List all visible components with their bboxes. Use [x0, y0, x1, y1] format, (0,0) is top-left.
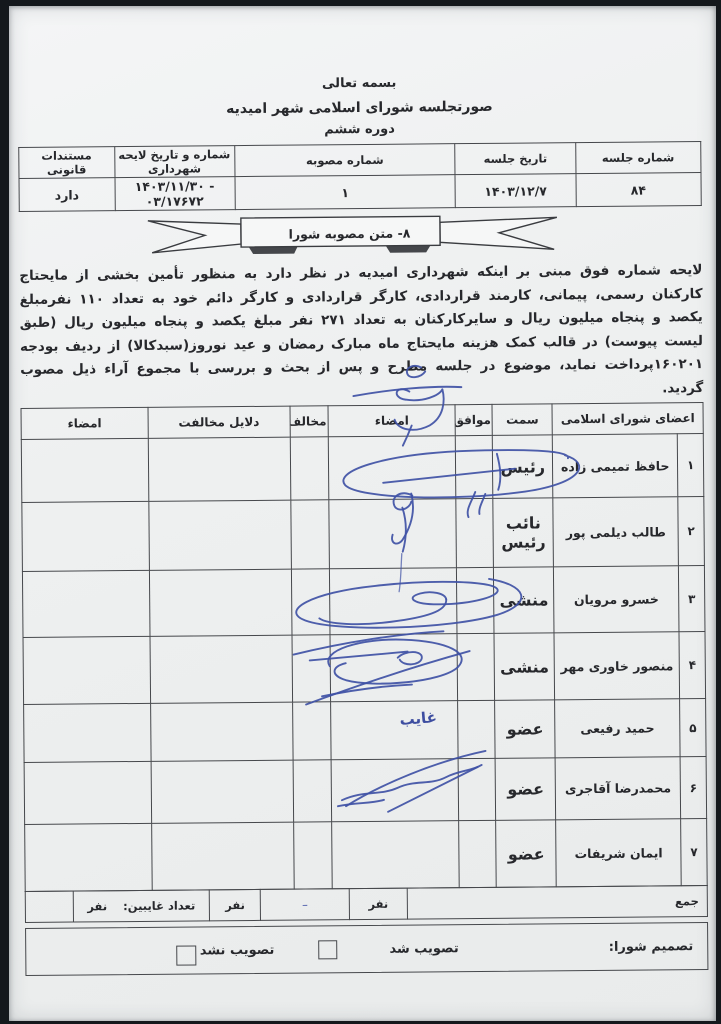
member-position: رئیس [493, 435, 554, 499]
oppose-reasons-cell [148, 437, 290, 501]
bill-header: شماره و تاریخ لایحه شهرداری [114, 146, 234, 178]
members-table: اعضای شورای اسلامی سمت موافق امضاء مخالف… [21, 402, 708, 892]
member-position: عضو [496, 820, 557, 888]
page-title: صورتجلسه شورای اسلامی شهر امیدیه [6, 97, 713, 119]
agree-count-cell: نفر [349, 888, 407, 920]
session-no-header: شماره جلسه [575, 142, 701, 174]
oppose-reasons-cell [150, 635, 292, 703]
agree-cell [459, 820, 496, 887]
member-position: منشی [494, 633, 555, 701]
header-agree: موافق [455, 404, 492, 435]
oppose-reasons-cell [151, 760, 293, 823]
signature-cell [330, 634, 458, 702]
member-name: منصور خاوری مهر [554, 632, 679, 700]
session-no-value: ۸۴ [576, 173, 702, 207]
oppose-cell [291, 569, 330, 635]
member-name: خسرو مرویان [554, 566, 679, 633]
info-value-row: ۸۴ ۱۴۰۳/۱۲/۷ ۱ ۱۴۰۳/۱۱/۳۰ - ۰۳/۱۷۶۷۲ دار… [19, 173, 701, 212]
row-number: ۶ [680, 757, 706, 819]
member-name: محمدرضا آقاجری [555, 757, 680, 820]
row-number: ۵ [680, 699, 706, 757]
agree-cell [456, 435, 493, 498]
session-info-table: شماره جلسه تاریخ جلسه شماره مصوبه شماره … [18, 141, 702, 212]
header-signature: امضاء [328, 405, 456, 437]
row-number: ۱ [677, 434, 703, 497]
header-oppose-reasons: دلایل مخالفت [148, 406, 290, 438]
totals-empty-cell [25, 891, 73, 922]
member-row: ۳ خسرو مرویان منشی [22, 566, 705, 638]
signature-left-cell [24, 703, 151, 762]
document-page: بسمه تعالی صورتجلسه شورای اسلامی شهر امی… [9, 6, 716, 1021]
oppose-count-cell: نفر [209, 889, 260, 920]
header-position: سمت [492, 404, 552, 436]
signature-cell [329, 568, 457, 635]
resolution-no-header: شماره مصوبه [234, 144, 455, 177]
approved-label: تصویب شد [389, 941, 458, 957]
approved-checkbox[interactable] [318, 940, 337, 959]
header-members: اعضای شورای اسلامی [552, 403, 703, 435]
signature-left-cell [22, 570, 149, 637]
signature-cell [328, 436, 456, 500]
legal-docs-value: دارد [19, 178, 115, 212]
oppose-reasons-cell [152, 822, 294, 890]
bismillah: بسمه تعالی [5, 3, 713, 94]
signature-cell [331, 701, 459, 760]
decision-label: تصمیم شورا: [609, 939, 694, 955]
header-oppose: مخالف [290, 406, 328, 437]
signature-left-cell [25, 823, 152, 891]
oppose-cell [290, 437, 329, 500]
totals-signature-dash: – [261, 889, 350, 921]
oppose-cell [292, 702, 331, 760]
member-row: ۵ حمید رفیعی عضو [24, 699, 706, 763]
agree-cell [457, 567, 494, 633]
rejected-label: تصویب نشد [200, 942, 275, 958]
signature-cell [332, 821, 460, 889]
member-row: ۷ ایمان شریفات عضو [25, 819, 708, 892]
header-signature-left: امضاء [21, 407, 148, 439]
member-row: ۲ طالب دیلمی پور نائب رئیس [22, 497, 705, 572]
signature-cell [331, 759, 459, 822]
row-number: ۷ [681, 819, 707, 886]
oppose-reasons-cell [149, 500, 291, 570]
member-position: نائب رئیس [493, 498, 554, 568]
signature-left-cell [24, 761, 151, 824]
council-decision-box: تصمیم شورا: تصویب شد تصویب نشد [25, 922, 708, 976]
row-number: ۳ [679, 566, 705, 632]
resolution-text: لایحه شماره فوق مبنی بر اینکه شهرداری ام… [19, 259, 703, 406]
agree-cell [458, 700, 495, 758]
signature-left-cell [21, 438, 148, 502]
agree-cell [457, 633, 494, 700]
oppose-cell [291, 500, 330, 569]
oppose-cell [293, 760, 332, 822]
rejected-checkbox[interactable] [176, 945, 196, 965]
session-date-value: ۱۴۰۳/۱۲/۷ [455, 174, 575, 208]
agree-cell [459, 758, 496, 820]
totals-label: جمع [407, 886, 707, 920]
row-number: ۴ [679, 632, 705, 699]
signature-left-cell [23, 636, 150, 704]
resolution-banner: ۸- متن مصوبه شورا [19, 211, 702, 261]
oppose-reasons-cell [149, 569, 291, 636]
banner-label: ۸- متن مصوبه شورا [250, 220, 449, 246]
oppose-cell [293, 822, 332, 889]
member-row: ۴ منصور خاوری مهر منشی [23, 632, 706, 705]
member-position: منشی [494, 567, 555, 634]
signature-cell [329, 499, 457, 569]
member-position: عضو [495, 758, 556, 821]
resolution-no-value: ۱ [235, 175, 456, 210]
term-subtitle: دوره ششم [6, 119, 713, 140]
agree-cell [456, 498, 493, 567]
member-name: ایمان شریفات [556, 819, 681, 887]
member-position: عضو [495, 700, 556, 759]
member-name: حمید رفیعی [555, 699, 680, 758]
totals-row: جمع نفر – نفر تعداد غایبین: نفر [25, 885, 708, 923]
legal-docs-header: مستندات قانونی [19, 147, 115, 179]
oppose-cell [292, 635, 331, 702]
member-name: حافظ تمیمی زاده [553, 434, 678, 498]
member-row: ۱ حافظ تمیمی زاده رئیس [21, 434, 704, 503]
oppose-reasons-cell [150, 702, 292, 761]
scanned-content: بسمه تعالی صورتجلسه شورای اسلامی شهر امی… [5, 3, 721, 1024]
absent-count-cell: تعداد غایبین: نفر [73, 890, 210, 922]
member-name: طالب دیلمی پور [553, 497, 678, 567]
document-header: بسمه تعالی صورتجلسه شورای اسلامی شهر امی… [5, 3, 713, 140]
row-number: ۲ [678, 497, 705, 566]
member-row: ۶ محمدرضا آقاجری عضو [24, 757, 707, 825]
bill-value: ۱۴۰۳/۱۱/۳۰ - ۰۳/۱۷۶۷۲ [115, 177, 235, 211]
session-date-header: تاریخ جلسه [455, 143, 575, 175]
signature-left-cell [22, 501, 150, 571]
